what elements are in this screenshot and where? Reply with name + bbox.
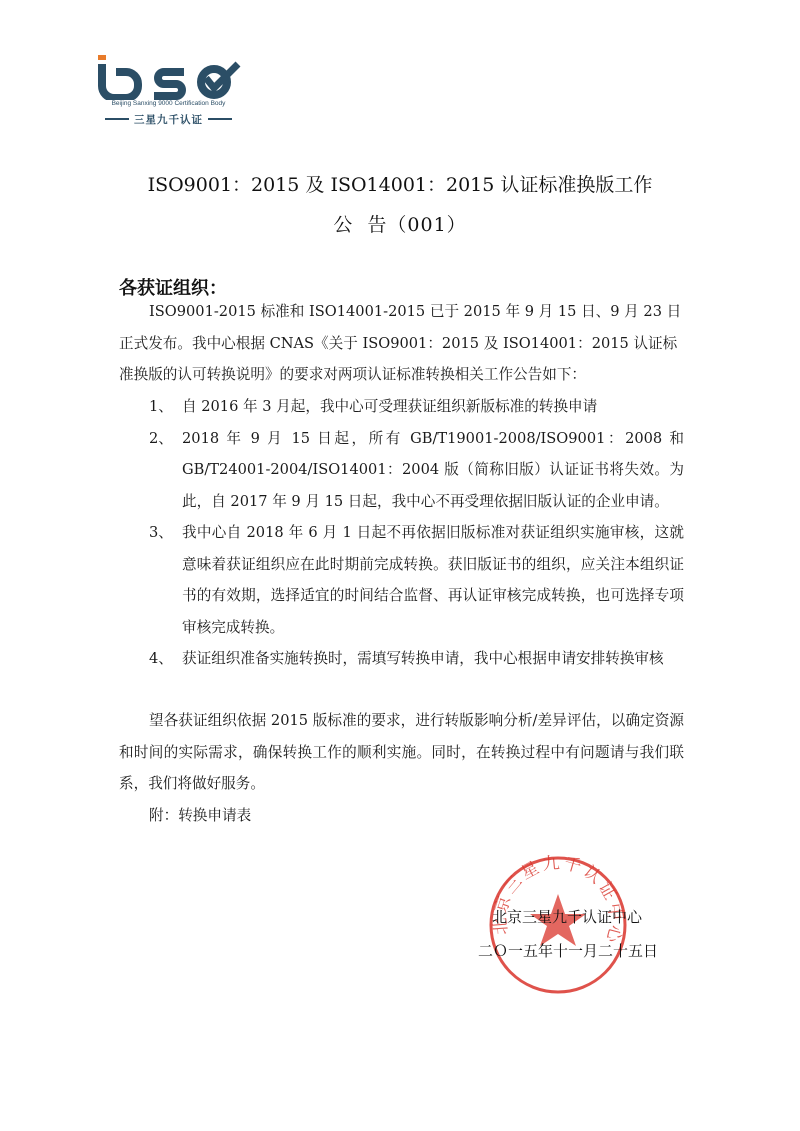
company-logo: Beijing Sanxing 9000 Certification Body … [96,52,241,132]
list-item: 1、 自 2016 年 3 月起，我中心可受理获证组织新版标准的转换申请 [119,391,684,423]
bso-logo-mark-icon [96,52,241,100]
list-item-text: 自 2016 年 3 月起，我中心可受理获证组织新版标准的转换申请 [182,391,684,423]
logo-divider [105,118,129,120]
intro-paragraph: ISO9001-2015 标准和 ISO14001-2015 已于 2015 年… [119,296,684,391]
logo-divider [208,118,232,120]
logo-chinese-name: 三星九千认证 [96,112,241,126]
list-item-text: 2018 年 9 月 15 日起，所有 GB/T19001-2008/ISO90… [182,423,684,518]
closing-paragraph: 望各获证组织依据 2015 版标准的要求，进行转版影响分析/差异评估，以确定资源… [119,705,684,800]
list-item-text: 获证组织准备实施转换时，需填写转换申请，我中心根据申请安排转换审核 [182,643,684,675]
list-item: 2、 2018 年 9 月 15 日起，所有 GB/T19001-2008/IS… [119,423,684,518]
list-item-number: 2、 [149,423,182,518]
signature-date: 二Ｏ一五年十一月二十五日 [478,940,718,961]
list-item: 3、 我中心自 2018 年 6 月 1 日起不再依据旧版标准对获证组织实施审核… [119,517,684,643]
list-item-text: 我中心自 2018 年 6 月 1 日起不再依据旧版标准对获证组织实施审核，这就… [182,517,684,643]
document-subtitle: 公 告（001） [0,210,800,237]
list-item-number: 1、 [149,391,182,423]
signature-organization: 北京三星九千认证中心 [492,906,732,927]
list-item: 4、 获证组织准备实施转换时，需填写转换申请，我中心根据申请安排转换审核 [119,643,684,675]
list-item-number: 3、 [149,517,182,643]
notice-list: 1、 自 2016 年 3 月起，我中心可受理获证组织新版标准的转换申请 2、 … [119,391,684,675]
attachment-note: 附：转换申请表 [119,800,714,832]
logo-subtitle: Beijing Sanxing 9000 Certification Body [96,100,241,107]
document-title: ISO9001：2015 及 ISO14001：2015 认证标准换版工作 [0,170,800,197]
logo-chinese-text: 三星九千认证 [134,112,203,127]
list-item-number: 4、 [149,643,182,675]
